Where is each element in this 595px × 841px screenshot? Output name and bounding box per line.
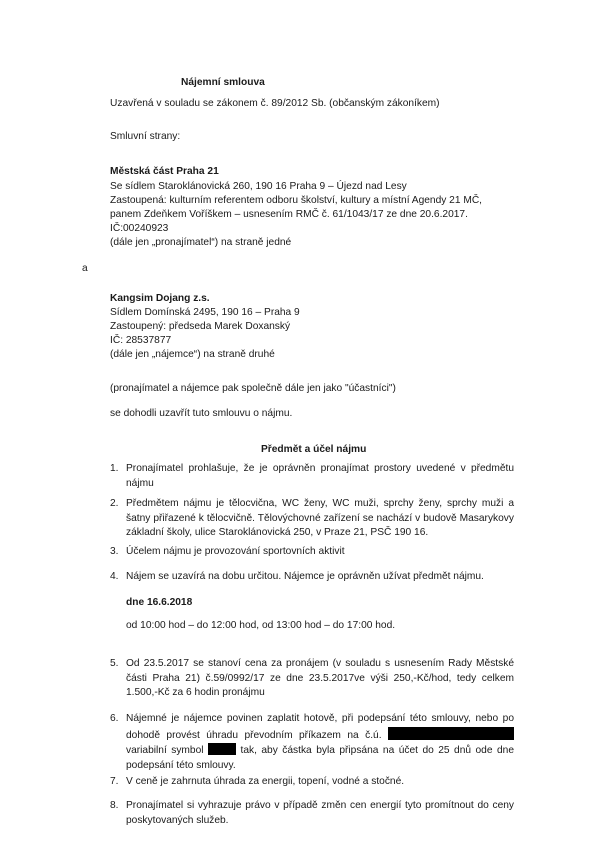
item-number: 3.: [110, 545, 119, 560]
item-3-text: Účelem nájmu je provozování sportovních …: [126, 545, 514, 560]
item-2-text: Předmětem nájmu je tělocvična, WC ženy, …: [126, 497, 514, 541]
tenant-name: Kangsim Dojang z.s.: [110, 292, 210, 305]
parties-label: Smluvní strany:: [110, 130, 180, 143]
tenant-seat: Sídlem Domínská 2495, 190 16 – Praha 9: [110, 306, 300, 319]
and-text: a: [82, 262, 88, 275]
item-number: 4.: [110, 570, 119, 585]
item-5-text: Od 23.5.2017 se stanoví cena za pronájem…: [126, 657, 514, 701]
item-8-text: Pronajímatel si vyhrazuje právo v případ…: [126, 799, 514, 828]
tenant-ico: IČ: 28537877: [110, 334, 171, 347]
rental-date: dne 16.6.2018: [126, 596, 192, 609]
item-number: 5.: [110, 657, 119, 672]
item-6-text-b: variabilní symbol: [126, 745, 204, 756]
item-6-text: Nájemné je nájemce povinen zaplatit hoto…: [126, 712, 514, 773]
item-number: 1.: [110, 462, 119, 477]
redacted-bank-account: [388, 727, 514, 740]
item-number: 8.: [110, 799, 119, 814]
intro-text: Uzavřená v souladu se zákonem č. 89/2012…: [110, 97, 440, 110]
redacted-variable-symbol: [208, 743, 236, 755]
landlord-represented-2: panem Zdeňkem Voříškem – usnesením RMČ č…: [110, 208, 468, 221]
item-number: 7.: [110, 775, 119, 790]
landlord-name: Městská část Praha 21: [110, 165, 219, 178]
landlord-represented-1: Zastoupená: kulturním referentem odboru …: [110, 194, 482, 207]
section-title: Předmět a účel nájmu: [261, 443, 366, 456]
tenant-represented: Zastoupený: předseda Marek Doxanský: [110, 320, 290, 333]
agreement-text: se dohodli uzavřít tuto smlouvu o nájmu.: [110, 407, 292, 420]
landlord-seat: Se sídlem Staroklánovická 260, 190 16 Pr…: [110, 180, 407, 193]
joint-parties-text: (pronajímatel a nájemce pak společně dál…: [110, 382, 396, 395]
rental-hours: od 10:00 hod – do 12:00 hod, od 13:00 ho…: [126, 619, 395, 632]
item-number: 6.: [110, 712, 119, 727]
item-7-text: V ceně je zahrnuta úhrada za energii, to…: [126, 775, 514, 790]
tenant-alias: (dále jen „nájemce“) na straně druhé: [110, 348, 275, 361]
item-1-text: Pronajímatel prohlašuje, že je oprávněn …: [126, 462, 514, 491]
landlord-alias: (dále jen „pronajímatel“) na straně jedn…: [110, 236, 291, 249]
item-number: 2.: [110, 497, 119, 512]
item-4-text: Nájem se uzavírá na dobu určitou. Nájemc…: [126, 570, 526, 585]
document-title: Nájemní smlouva: [181, 76, 265, 89]
landlord-ico: IČ:00240923: [110, 222, 168, 235]
